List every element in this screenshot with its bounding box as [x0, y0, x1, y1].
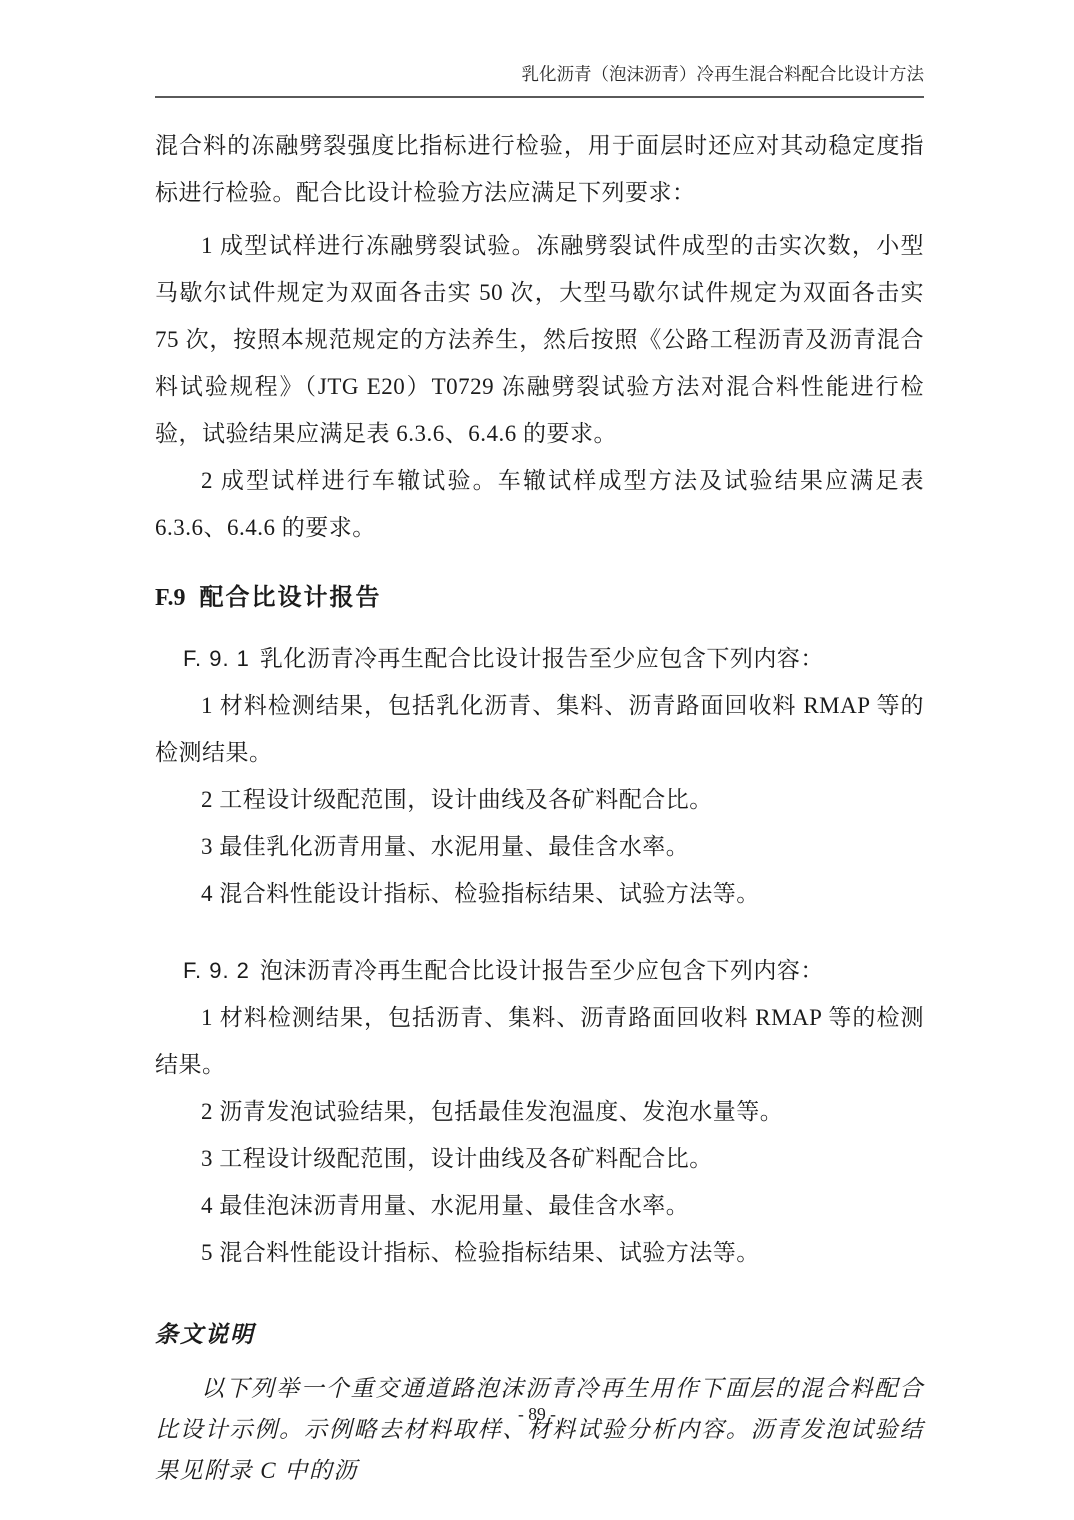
check-method-item-2: 2 成型试样进行车辙试验。车辙试样成型方法及试验结果应满足表 6.3.6、6.4…	[155, 457, 924, 551]
commentary-paragraph: 以下列举一个重交通道路泡沫沥青冷再生用作下面层的混合料配合比设计示例。示例略去材…	[155, 1368, 924, 1491]
f91-list-item-3: 3 最佳乳化沥青用量、水泥用量、最佳含水率。	[155, 823, 924, 870]
clause-f9-2-text: 泡沫沥青冷再生配合比设计报告至少应包含下列内容：	[260, 958, 824, 983]
clause-f9-1-number: F. 9. 1	[183, 646, 250, 671]
document-page: 乳化沥青（泡沫沥青）冷再生混合料配合比设计方法 混合料的冻融劈裂强度比指标进行检…	[0, 0, 1074, 1520]
page-number: - 89 -	[518, 1404, 556, 1424]
f91-list-item-4: 4 混合料性能设计指标、检验指标结果、试验方法等。	[155, 870, 924, 917]
f92-list-item-3: 3 工程设计级配范围，设计曲线及各矿料配合比。	[155, 1135, 924, 1182]
f91-list-item-1: 1 材料检测结果，包括乳化沥青、集料、沥青路面回收料 RMAP 等的检测结果。	[155, 682, 924, 776]
f92-list-item-5: 5 混合料性能设计指标、检验指标结果、试验方法等。	[155, 1229, 924, 1276]
f92-list-item-1: 1 材料检测结果，包括沥青、集料、沥青路面回收料 RMAP 等的检测结果。	[155, 994, 924, 1088]
paragraph-intro: 混合料的冻融劈裂强度比指标进行检验，用于面层时还应对其动稳定度指标进行检验。配合…	[155, 122, 924, 216]
f92-list-item-4: 4 最佳泡沫沥青用量、水泥用量、最佳含水率。	[155, 1182, 924, 1229]
page-header: 乳化沥青（泡沫沥青）冷再生混合料配合比设计方法	[155, 0, 924, 98]
clause-f9-1-text: 乳化沥青冷再生配合比设计报告至少应包含下列内容：	[260, 646, 824, 671]
section-number: F.9	[155, 585, 185, 611]
check-method-item-1: 1 成型试样进行冻融劈裂试验。冻融劈裂试件成型的击实次数，小型马歇尔试件规定为双…	[155, 222, 924, 457]
page-footer: - 89 -	[0, 1404, 1074, 1425]
clause-f9-1: F. 9. 1乳化沥青冷再生配合比设计报告至少应包含下列内容：	[155, 635, 924, 682]
commentary-heading: 条文说明	[155, 1318, 924, 1352]
clause-f9-2: F. 9. 2泡沫沥青冷再生配合比设计报告至少应包含下列内容：	[155, 947, 924, 994]
section-title: 配合比设计报告	[199, 584, 381, 611]
clause-f9-2-number: F. 9. 2	[183, 958, 250, 983]
f92-list-item-2: 2 沥青发泡试验结果，包括最佳发泡温度、发泡水量等。	[155, 1088, 924, 1135]
section-heading-f9: F.9配合比设计报告	[155, 581, 924, 615]
f91-list-item-2: 2 工程设计级配范围，设计曲线及各矿料配合比。	[155, 776, 924, 823]
running-title: 乳化沥青（泡沫沥青）冷再生混合料配合比设计方法	[522, 64, 925, 84]
